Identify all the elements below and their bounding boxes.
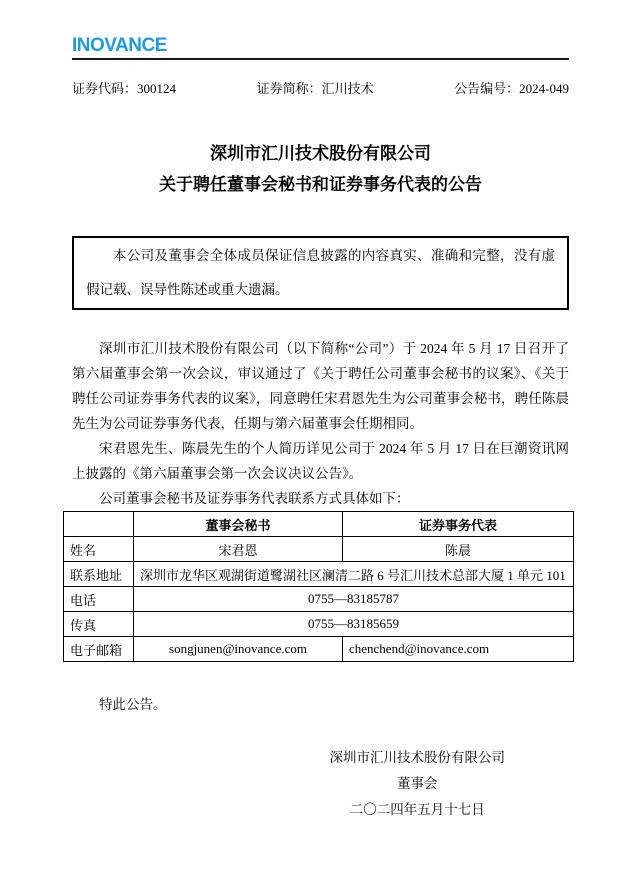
secretary-email: songjunen@inovance.com (134, 637, 343, 662)
inovance-logo: INOVANCE (72, 36, 167, 56)
row-label-phone: 电话 (64, 587, 134, 612)
signature-company: 深圳市汇川技术股份有限公司 (330, 745, 506, 771)
stock-meta-row: 证券代码：300124 证券简称：汇川技术 公告编号：2024-049 (72, 80, 569, 98)
header-secretary: 董事会秘书 (134, 512, 343, 537)
disclaimer-box: 本公司及董事会全体成员保证信息披露的内容真实、准确和完整，没有虚假记载、误导性陈… (72, 236, 569, 310)
table-row-address: 联系地址 深圳市龙华区观湖街道鹭湖社区澜清二路 6 号汇川技术总部大厦 1 单元… (64, 562, 574, 587)
paragraph-resolution: 深圳市汇川技术股份有限公司（以下简称“公司”）于 2024 年 5 月 17 日… (72, 336, 569, 436)
table-row-fax: 传真 0755—83185659 (64, 612, 574, 637)
row-label-email: 电子邮箱 (64, 637, 134, 662)
notice-number-label: 公告编号： (454, 81, 519, 96)
representative-name: 陈晨 (343, 537, 574, 562)
title-line-company: 深圳市汇川技术股份有限公司 (72, 138, 569, 169)
contact-table: 董事会秘书 证券事务代表 姓名 宋君恩 陈晨 联系地址 深圳市龙华区观湖街道鹭湖… (63, 511, 574, 662)
stock-name-label: 证券简称： (257, 81, 322, 96)
representative-email: chenchend@inovance.com (343, 637, 574, 662)
stock-name-value: 汇川技术 (322, 81, 374, 96)
secretary-name: 宋君恩 (134, 537, 343, 562)
page-title: 深圳市汇川技术股份有限公司 关于聘任董事会秘书和证券事务代表的公告 (72, 138, 569, 200)
contact-fax: 0755—83185659 (134, 612, 574, 637)
title-line-subject: 关于聘任董事会秘书和证券事务代表的公告 (72, 169, 569, 200)
body-text: 深圳市汇川技术股份有限公司（以下简称“公司”）于 2024 年 5 月 17 日… (72, 336, 569, 511)
announcement-page: INOVANCE 证券代码：300124 证券简称：汇川技术 公告编号：2024… (0, 0, 632, 885)
signature-block: 深圳市汇川技术股份有限公司 董事会 二〇二四年五月十七日 (330, 745, 506, 823)
header-representative: 证券事务代表 (343, 512, 574, 537)
closing-statement: 特此公告。 (72, 692, 569, 717)
header-rule: INOVANCE (72, 36, 569, 60)
table-corner-cell (64, 512, 134, 537)
notice-number-value: 2024-049 (519, 81, 569, 96)
notice-number: 公告编号：2024-049 (454, 80, 569, 98)
signature-date: 二〇二四年五月十七日 (330, 797, 506, 823)
table-row-phone: 电话 0755—83185787 (64, 587, 574, 612)
table-header-row: 董事会秘书 证券事务代表 (64, 512, 574, 537)
row-label-fax: 传真 (64, 612, 134, 637)
paragraph-resume-reference: 宋君恩先生、陈晨先生的个人简历详见公司于 2024 年 5 月 17 日在巨潮资… (72, 436, 569, 486)
stock-name: 证券简称：汇川技术 (257, 80, 374, 98)
stock-code-label: 证券代码： (72, 81, 137, 96)
row-label-name: 姓名 (64, 537, 134, 562)
row-label-address: 联系地址 (64, 562, 134, 587)
table-row-name: 姓名 宋君恩 陈晨 (64, 537, 574, 562)
contact-phone: 0755—83185787 (134, 587, 574, 612)
paragraph-contact-intro: 公司董事会秘书及证券事务代表联系方式具体如下： (72, 486, 569, 511)
stock-code: 证券代码：300124 (72, 80, 176, 98)
signature-board: 董事会 (330, 771, 506, 797)
contact-address: 深圳市龙华区观湖街道鹭湖社区澜清二路 6 号汇川技术总部大厦 1 单元 101 (134, 562, 574, 587)
table-row-email: 电子邮箱 songjunen@inovance.com chenchend@in… (64, 637, 574, 662)
stock-code-value: 300124 (137, 81, 176, 96)
